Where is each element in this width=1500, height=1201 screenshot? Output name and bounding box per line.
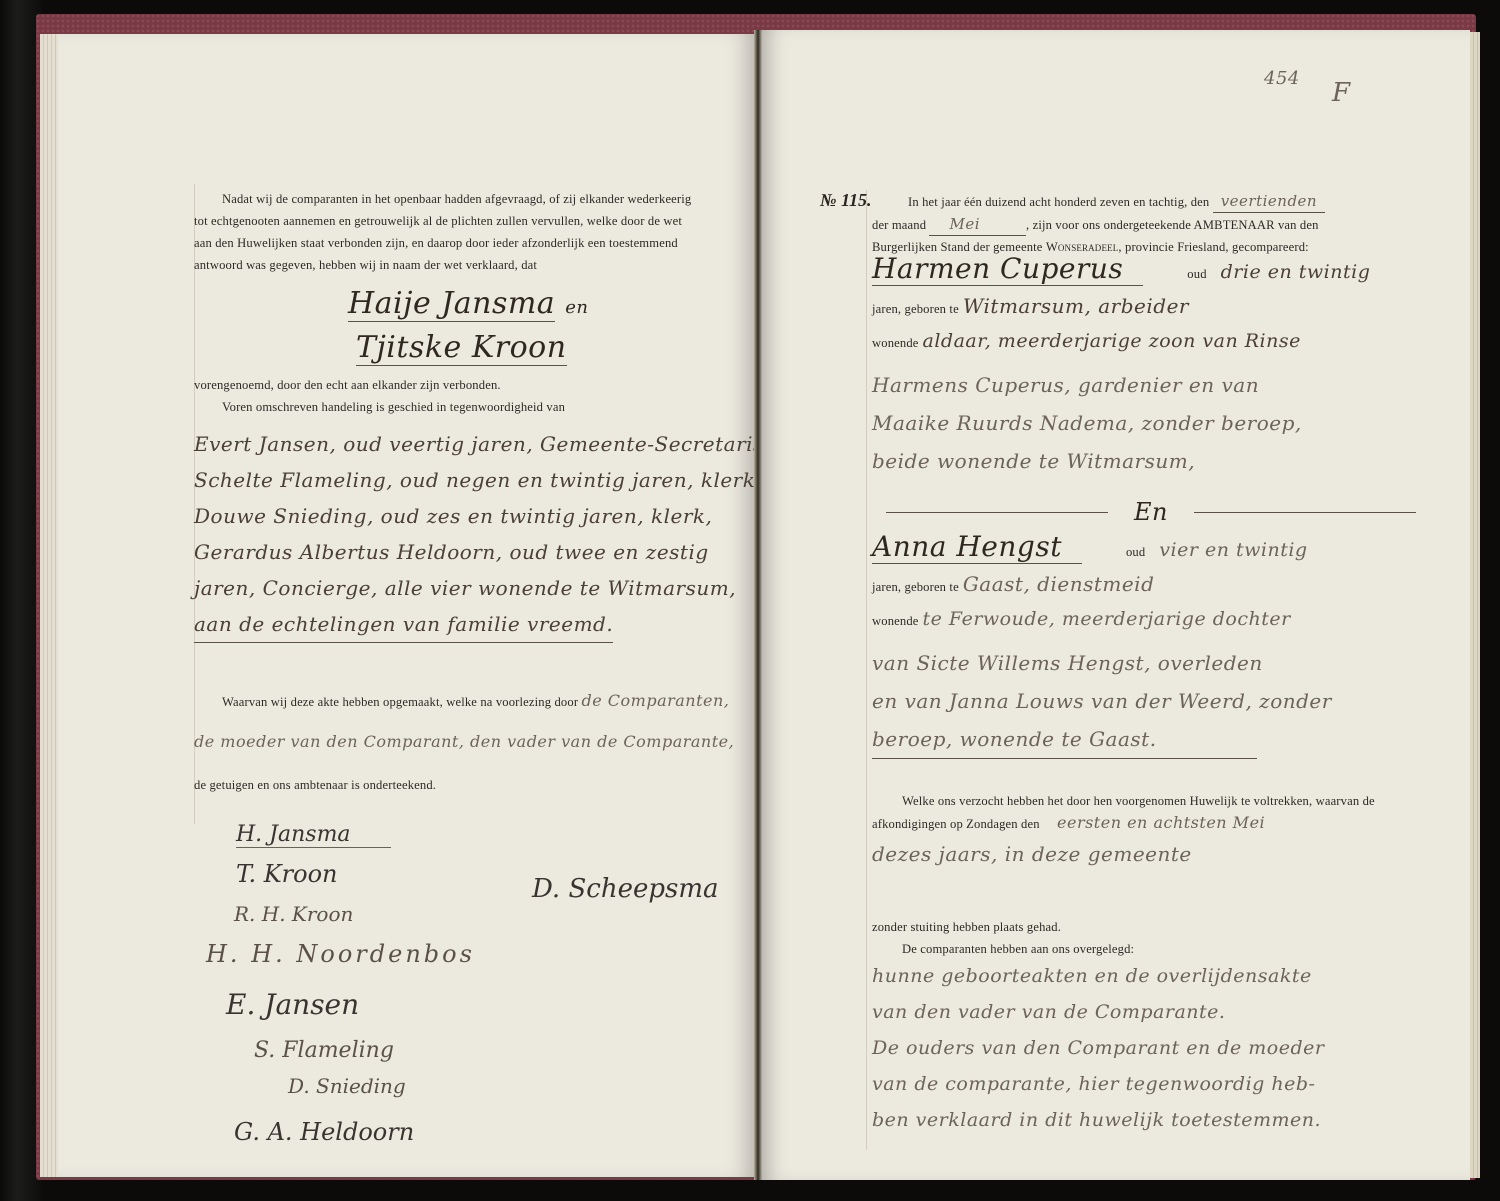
groom-name-handwritten: Haije Jansma en xyxy=(348,286,589,322)
witness-line: Gerardus Albertus Heldoorn, oud twee en … xyxy=(194,534,774,570)
intro-line: tot echtgenooten aannemen en getrouwelij… xyxy=(194,210,772,232)
announcement-dates: eersten en achtsten Mei xyxy=(1057,813,1265,832)
groom-age: drie en twintig xyxy=(1221,261,1371,283)
signature-witness: D. Snieding xyxy=(288,1074,406,1098)
witness-line: Evert Jansen, oud veertig jaren, Gemeent… xyxy=(194,426,774,462)
bride-age: vier en twintig xyxy=(1159,539,1307,561)
groom-name: Harmen Cuperus xyxy=(872,252,1143,286)
book-gutter xyxy=(754,30,762,1180)
groom-birthplace: Witmarsum, arbeider xyxy=(963,294,1189,318)
bride-residence: te Ferwoude, meerderjarige dochter xyxy=(923,608,1291,630)
right-page: 454 F № 115. In het jaar één duizend ach… xyxy=(762,30,1470,1180)
intro-line: Nadat wij de comparanten in het openbaar… xyxy=(194,188,772,210)
witness-line: jaren, Concierge, alle vier wonende te W… xyxy=(194,570,774,606)
witness-line: Douwe Snieding, oud zes en twintig jaren… xyxy=(194,498,774,534)
signature-witness: G. A. Heldoorn xyxy=(234,1118,414,1146)
signed-text: de getuigen en ons ambtenaar is ondertee… xyxy=(194,774,436,796)
witness-intro: Voren omschreven handeling is geschied i… xyxy=(194,396,772,418)
signature-witness: S. Flameling xyxy=(254,1038,394,1063)
day-field: veertienden xyxy=(1213,190,1325,213)
and-word: en xyxy=(565,297,588,318)
signature-bride: T. Kroon xyxy=(236,860,338,888)
signature-official: D. Scheepsma xyxy=(532,874,718,904)
request-paragraph: Welke ons verzocht hebben het door hen v… xyxy=(872,790,1434,835)
intro-line: aan den Huwelijken staat verbonden zijn,… xyxy=(194,232,772,254)
witness-line: Schelte Flameling, oud negen en twintig … xyxy=(194,462,774,498)
groom-residence: aldaar, meerderjarige zoon van Rinse xyxy=(923,330,1301,352)
folio-mark: F xyxy=(1332,78,1351,108)
groom-parents: Harmens Cuperus, gardenier en van Maaike… xyxy=(872,366,1434,480)
bride-name-handwritten: Tjitske Kroon xyxy=(356,330,567,366)
intro-paragraph: Nadat wij de comparanten in het openbaar… xyxy=(194,188,772,276)
signature-witness: E. Jansen xyxy=(226,988,359,1021)
submitted-documents: hunne geboorteakten en de overlijdensakt… xyxy=(872,958,1434,1138)
witness-line: aan de echtelingen van familie vreemd. xyxy=(194,606,613,643)
signature-groom: H. Jansma xyxy=(236,822,391,848)
announcement-place: dezes jaars, in deze gemeente xyxy=(872,842,1192,866)
bride-parents: van Sicte Willems Hengst, overleden en v… xyxy=(872,644,1434,759)
witness-list: Evert Jansen, oud veertig jaren, Gemeent… xyxy=(194,426,774,643)
month-field: Mei xyxy=(929,213,1026,236)
reading-hand-line: de moeder van den Comparant, den vader v… xyxy=(194,732,734,751)
signature-witness: H. H. Noordenbos xyxy=(206,940,475,968)
united-text: vorengenoemd, door den echt aan elkander… xyxy=(194,374,772,418)
bride-name: Anna Hengst xyxy=(872,530,1082,564)
folio-number: 454 xyxy=(1264,68,1300,89)
and-separator: En xyxy=(886,498,1416,526)
intro-line: antwoord was gegeven, hebben wij in naam… xyxy=(194,254,772,276)
signature-witness: R. H. Kroon xyxy=(234,902,353,926)
margin-rule xyxy=(866,190,867,1150)
left-page: Nadat wij de comparanten in het openbaar… xyxy=(58,34,754,1177)
header-paragraph: In het jaar één duizend acht honderd zev… xyxy=(872,190,1434,258)
bride-section: Anna Hengst oud vier en twintig jaren, g… xyxy=(872,530,1434,759)
bride-birthplace: Gaast, dienstmeid xyxy=(963,572,1155,596)
reading-paragraph: Waarvan wij deze akte hebben opgemaakt, … xyxy=(194,690,784,713)
record-number: № 115. xyxy=(820,190,871,211)
groom-section: Harmen Cuperus oud drie en twintig jaren… xyxy=(872,252,1434,480)
submitted-paragraph: zonder stuiting hebben plaats gehad. De … xyxy=(872,916,1434,960)
